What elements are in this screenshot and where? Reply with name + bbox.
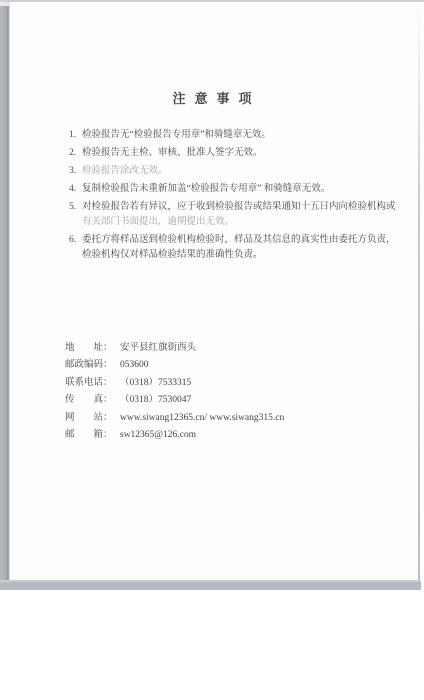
note-item: 3. 检验报告涂改无效。: [69, 164, 399, 179]
contact-label: 传 真：: [65, 392, 118, 409]
note-number: 3.: [69, 164, 82, 179]
note-line: 复制检验报告未重新加盖“检验报告专用章” 和骑缝章无效。: [82, 182, 399, 197]
note-line: 对检验报告若有异议，应于收到检验报告或结果通知十五日内向检验机构或: [82, 200, 399, 215]
notes-list: 1. 检验报告无“检验报告专用章”和骑缝章无效。 2. 检验报告无主检、审核、批…: [69, 128, 399, 266]
scan-edge-top: [0, 0, 424, 2]
contact-label: 地 址：: [65, 340, 118, 357]
note-item: 1. 检验报告无“检验报告专用章”和骑缝章无效。: [69, 128, 399, 143]
note-number: 1.: [69, 128, 82, 143]
contact-label: 邮政编码：: [65, 357, 118, 374]
scanned-page: 注意事项 1. 检验报告无“检验报告专用章”和骑缝章无效。 2. 检验报告无主检…: [0, 0, 424, 590]
scan-edge-bottom: [0, 580, 421, 590]
note-item: 6. 委托方将样品送到检验机构检验时，样品及其信息的真实性由委托方负责，检验机构…: [69, 233, 399, 263]
contact-label: 网 站：: [65, 410, 118, 427]
note-line: 检验报告无主检、审核、批准人签字无效。: [82, 146, 399, 161]
contact-row: 邮 箱：sw12365@126.com: [65, 427, 284, 444]
contact-value: （0318）7530047: [120, 395, 191, 405]
note-text: 检验报告涂改无效。: [82, 164, 399, 179]
note-line: 检验报告涂改无效。: [82, 164, 399, 179]
contact-row: 网 站：www.siwang12365.cn/ www.siwang315.cn: [65, 410, 284, 427]
note-text: 对检验报告若有异议，应于收到检验报告或结果通知十五日内向检验机构或有关部门书面提…: [82, 200, 399, 230]
contact-value: www.siwang12365.cn/ www.siwang315.cn: [120, 413, 284, 423]
note-number: 6.: [69, 233, 82, 263]
note-line: 有关部门书面提出，逾期提出无效。: [82, 215, 399, 230]
page-title: 注意事项: [20, 88, 404, 107]
note-number: 4.: [69, 182, 82, 197]
note-line: 检验机构仅对样品检验结果的准确性负责。: [82, 248, 399, 263]
note-text: 委托方将样品送到检验机构检验时，样品及其信息的真实性由委托方负责，检验机构仅对样…: [82, 233, 399, 263]
contact-value: sw12365@126.com: [120, 430, 196, 440]
scan-edge-left: [0, 0, 10, 590]
note-item: 5. 对检验报告若有异议，应于收到检验报告或结果通知十五日内向检验机构或有关部门…: [69, 200, 399, 230]
contact-row: 邮政编码：053600: [65, 357, 284, 374]
contact-label: 联系电话：: [65, 375, 118, 392]
note-text: 检验报告无“检验报告专用章”和骑缝章无效。: [82, 128, 399, 143]
contact-block: 地 址：安平县红旗街西头 邮政编码：053600 联系电话：（0318）7533…: [65, 340, 284, 444]
contact-value: 安平县红旗街西头: [120, 343, 196, 353]
note-line: 检验报告无“检验报告专用章”和骑缝章无效。: [82, 128, 399, 143]
contact-value: 053600: [120, 360, 149, 370]
note-text: 检验报告无主检、审核、批准人签字无效。: [82, 146, 399, 161]
note-number: 2.: [69, 146, 82, 161]
note-item: 4. 复制检验报告未重新加盖“检验报告专用章” 和骑缝章无效。: [69, 182, 399, 197]
note-item: 2. 检验报告无主检、审核、批准人签字无效。: [69, 146, 399, 161]
contact-value: （0318）7533315: [120, 378, 191, 388]
note-text: 复制检验报告未重新加盖“检验报告专用章” 和骑缝章无效。: [82, 182, 399, 197]
scan-edge-right: [418, 0, 420, 582]
note-number: 5.: [69, 200, 82, 230]
contact-label: 邮 箱：: [65, 427, 118, 444]
contact-row: 地 址：安平县红旗街西头: [65, 340, 284, 357]
contact-row: 联系电话：（0318）7533315: [65, 375, 284, 392]
contact-row: 传 真：（0318）7530047: [65, 392, 284, 409]
note-line: 委托方将样品送到检验机构检验时，样品及其信息的真实性由委托方负责，: [82, 233, 399, 248]
